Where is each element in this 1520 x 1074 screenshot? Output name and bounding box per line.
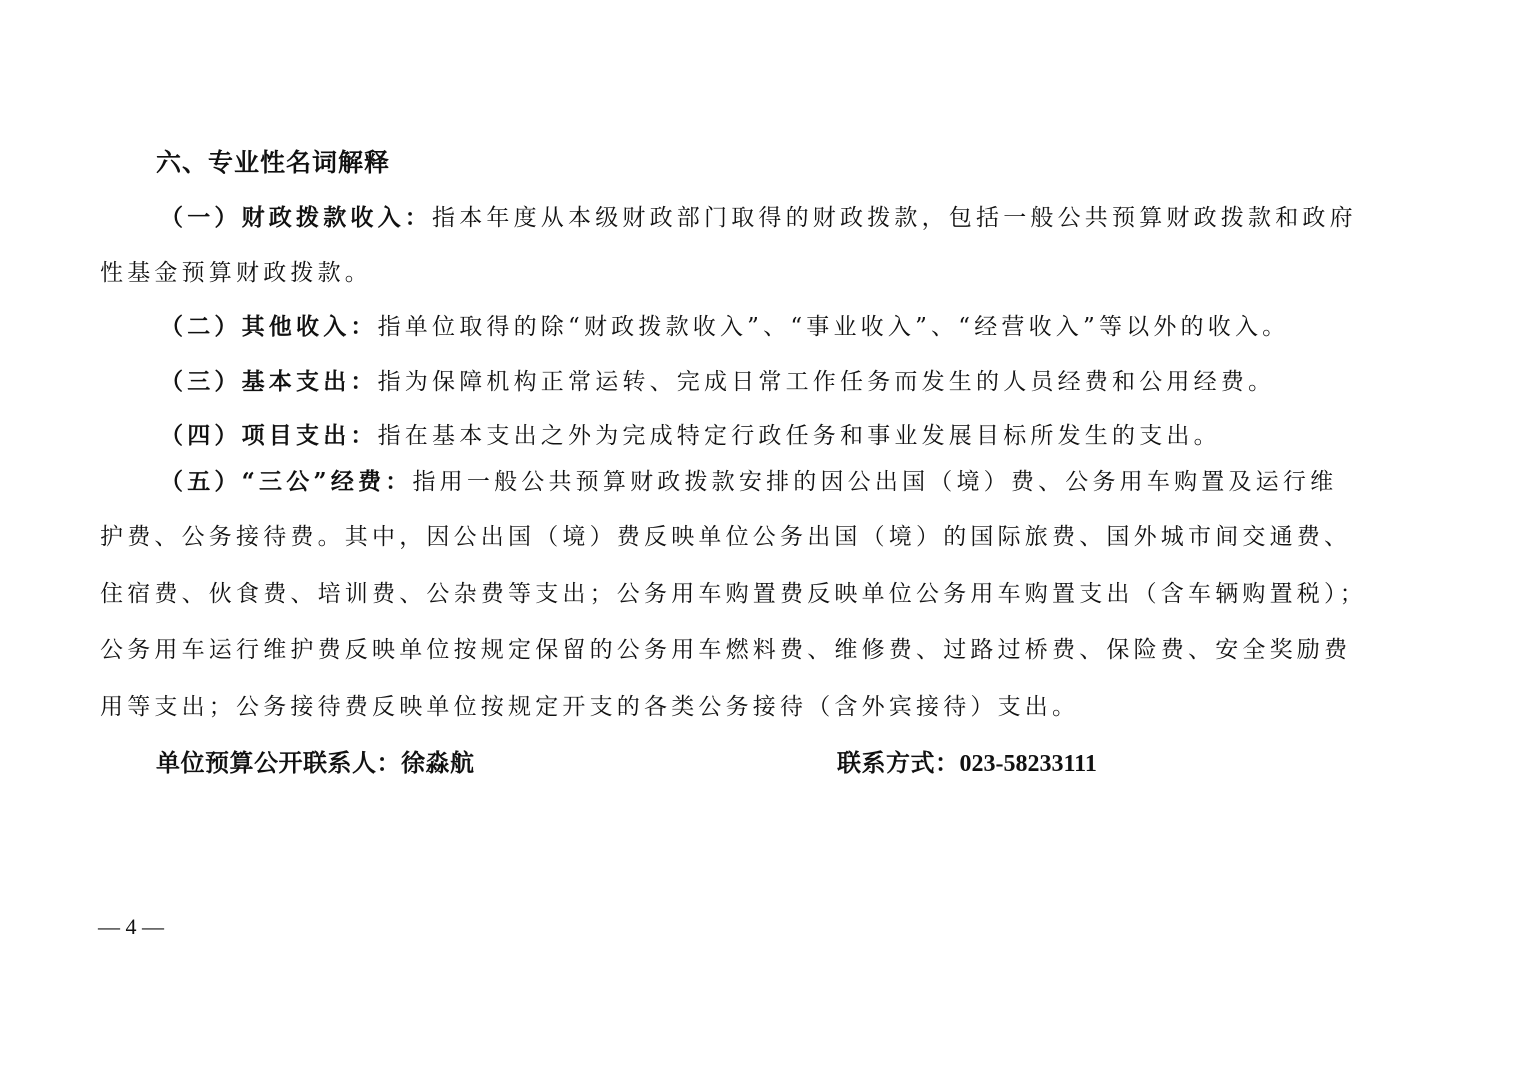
contact-person-name: 徐淼航	[401, 748, 475, 777]
definition-fiscal-appropriation: （一）财政拨款收入：指本年度从本级财政部门取得的财政拨款，包括一般公共预算财政拨…	[160, 200, 1357, 236]
term-label: （一）财政拨款收入：	[160, 204, 432, 231]
contact-phone-label: 联系方式：	[837, 748, 960, 777]
definition-text: 住宿费、伙食费、培训费、公杂费等支出；公务用车购置费反映单位公务用车购置支出（含…	[100, 581, 1367, 607]
definition-text: 指单位取得的除“财政拨款收入”、“事业收入”、“经营收入”等以外的收入。	[378, 314, 1290, 340]
definition-continuation: 公务用车运行维护费反映单位按规定保留的公务用车燃料费、维修费、过路过桥费、保险费…	[100, 632, 1351, 668]
definition-continuation: 住宿费、伙食费、培训费、公杂费等支出；公务用车购置费反映单位公务用车购置支出（含…	[100, 576, 1367, 612]
definition-text: 护费、公务接待费。其中，因公出国（境）费反映单位公务出国（境）的国际旅费、国外城…	[100, 524, 1351, 550]
contact-phone: 联系方式：023-58233111	[837, 745, 1097, 782]
definition-text: 公务用车运行维护费反映单位按规定保留的公务用车燃料费、维修费、过路过桥费、保险费…	[100, 637, 1351, 663]
definition-text: 指用一般公共预算财政拨款安排的因公出国（境）费、公务用车购置及运行维	[412, 469, 1337, 495]
definition-text: 性基金预算财政拨款。	[100, 260, 372, 286]
section-heading: 六、专业性名词解释	[156, 145, 390, 181]
definition-basic-expenditure: （三）基本支出：指为保障机构正常运转、完成日常工作任务而发生的人员经费和公用经费…	[160, 364, 1275, 400]
term-label: （四）项目支出：	[160, 422, 378, 449]
document-page: 六、专业性名词解释 （一）财政拨款收入：指本年度从本级财政部门取得的财政拨款，包…	[0, 0, 1520, 1074]
definition-continuation: 护费、公务接待费。其中，因公出国（境）费反映单位公务出国（境）的国际旅费、国外城…	[100, 519, 1351, 555]
definition-three-public-expenses: （五）“三公”经费：指用一般公共预算财政拨款安排的因公出国（境）费、公务用车购置…	[160, 464, 1337, 500]
definition-text: 用等支出；公务接待费反映单位按规定开支的各类公务接待（含外宾接待）支出。	[100, 694, 1079, 720]
term-label: （三）基本支出：	[160, 368, 378, 395]
contact-person: 单位预算公开联系人：徐淼航	[156, 745, 475, 781]
definition-text: 指为保障机构正常运转、完成日常工作任务而发生的人员经费和公用经费。	[378, 369, 1276, 395]
contact-phone-number: 023-58233111	[960, 751, 1097, 777]
definition-other-income: （二）其他收入：指单位取得的除“财政拨款收入”、“事业收入”、“经营收入”等以外…	[160, 309, 1289, 345]
term-label: （五）“三公”经费：	[160, 468, 412, 495]
definition-text: 指本年度从本级财政部门取得的财政拨款，包括一般公共预算财政拨款和政府	[432, 205, 1357, 231]
definition-project-expenditure: （四）项目支出：指在基本支出之外为完成特定行政任务和事业发展目标所发生的支出。	[160, 418, 1221, 454]
page-number: — 4 —	[98, 912, 164, 942]
definition-continuation: 性基金预算财政拨款。	[100, 255, 372, 291]
term-label: （二）其他收入：	[160, 313, 378, 340]
definition-continuation: 用等支出；公务接待费反映单位按规定开支的各类公务接待（含外宾接待）支出。	[100, 689, 1079, 725]
definition-text: 指在基本支出之外为完成特定行政任务和事业发展目标所发生的支出。	[378, 423, 1221, 449]
contact-person-label: 单位预算公开联系人：	[156, 748, 401, 777]
